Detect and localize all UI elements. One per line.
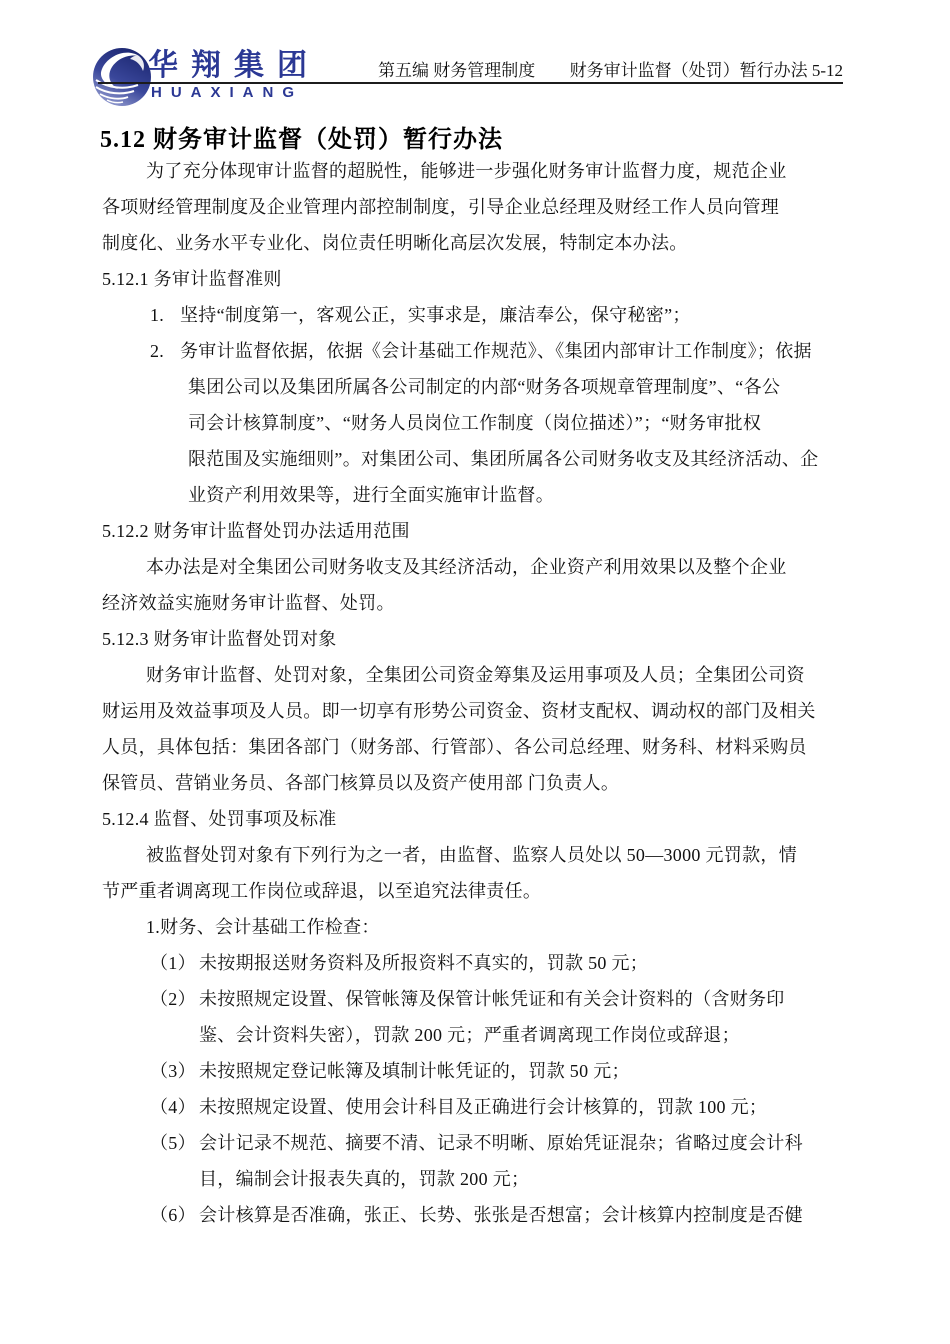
list-marker: 1. bbox=[150, 297, 180, 333]
document-line: （3）未按照规定登记帐簿及填制计帐凭证的，罚款 50 元； bbox=[102, 1053, 843, 1089]
line-text: 鉴、会计资料失密），罚款 200 元；严重者调离现工作岗位或辞退； bbox=[199, 1025, 740, 1045]
document-line: （1）未按期报送财务资料及所报资料不真实的，罚款 50 元； bbox=[102, 945, 843, 981]
document-line: （6）会计核算是否准确，张正、长势、张张是否想富；会计核算内控制度是否健 bbox=[102, 1197, 843, 1233]
document-line: 5.12.4 监督、处罚事项及标准 bbox=[102, 801, 843, 837]
document-line: 鉴、会计资料失密），罚款 200 元；严重者调离现工作岗位或辞退； bbox=[102, 1017, 843, 1053]
line-text: 5.12.3 财务审计监督处罚对象 bbox=[102, 629, 337, 649]
line-text: 1.财务、会计基础工作检查： bbox=[146, 917, 380, 937]
document-line: 目，编制会计报表失真的，罚款 200 元； bbox=[102, 1161, 843, 1197]
document-line: 财运用及效益事项及人员。即一切享有形势公司资金、资材支配权、调动权的部门及相关 bbox=[102, 693, 843, 729]
document-line: 制度化、业务水平专业化、岗位责任明晰化高层次发展，特制定本办法。 bbox=[102, 225, 843, 261]
line-text: 会计核算是否准确，张正、长势、张张是否想富；会计核算内控制度是否健 bbox=[199, 1205, 803, 1225]
logo-company-name-latin: HUAXIANG bbox=[151, 84, 303, 101]
document-line: 保管员、营销业务员、各部门核算员以及资产使用部 门负责人。 bbox=[102, 765, 843, 801]
huaxiang-globe-logo-icon bbox=[92, 47, 152, 107]
line-text: 务审计监督依据，依据《会计基础工作规范》、《集团内部审计工作制度》；依据 bbox=[180, 341, 812, 361]
line-text: 集团公司以及集团所属各公司制定的内部“财务各项规章管理制度”、“各公 bbox=[188, 377, 780, 397]
document-line: 人员，具体包括：集团各部门（财务部、行管部）、各公司总经理、财务科、材料采购员 bbox=[102, 729, 843, 765]
line-text: 司会计核算制度”、“财务人员岗位工作制度（岗位描述）”；“财务审批权 bbox=[188, 413, 761, 433]
line-text: 业资产利用效果等，进行全面实施审计监督。 bbox=[188, 485, 554, 505]
header-section-label: 第五编 财务管理制度 bbox=[378, 61, 535, 81]
document-line: 各项财经管理制度及企业管理内部控制制度，引导企业总经理及财经工作人员向管理 bbox=[102, 189, 843, 225]
document-line: 2.务审计监督依据，依据《会计基础工作规范》、《集团内部审计工作制度》；依据 bbox=[102, 333, 843, 369]
line-text: 被监督处罚对象有下列行为之一者，由监督、监察人员处以 50—3000 元罚款，情 bbox=[146, 845, 797, 865]
list-marker: （3） bbox=[150, 1053, 199, 1089]
document-line: 被监督处罚对象有下列行为之一者，由监督、监察人员处以 50—3000 元罚款，情 bbox=[102, 837, 843, 873]
line-text: 5.12.2 财务审计监督处罚办法适用范围 bbox=[102, 521, 410, 541]
logo-company-name: 华翔集团 bbox=[148, 50, 320, 82]
line-text: 会计记录不规范、摘要不清、记录不明晰、原始凭证混杂；省略过度会计科 bbox=[199, 1133, 803, 1153]
document-line: 限范围及实施细则”。对集团公司、集团所属各公司财务收支及其经济活动、企 bbox=[102, 441, 843, 477]
document-page: 华翔集团 HUAXIANG 第五编 财务管理制度 财务审计监督（处罚）暂行办法 … bbox=[0, 0, 950, 1344]
line-text: 未按照规定登记帐簿及填制计帐凭证的，罚款 50 元； bbox=[199, 1061, 630, 1081]
list-marker: （2） bbox=[150, 981, 199, 1017]
line-text: 各项财经管理制度及企业管理内部控制制度，引导企业总经理及财经工作人员向管理 bbox=[102, 197, 779, 217]
line-text: 为了充分体现审计监督的超脱性，能够进一步强化财务审计监督力度，规范企业 bbox=[146, 161, 787, 181]
line-text: 制度化、业务水平专业化、岗位责任明晰化高层次发展，特制定本办法。 bbox=[102, 233, 688, 253]
line-text: 坚持“制度第一，客观公正，实事求是，廉洁奉公，保守秘密”； bbox=[180, 305, 691, 325]
document-line: 经济效益实施财务审计监督、处罚。 bbox=[102, 585, 843, 621]
document-line: （4）未按照规定设置、使用会计科目及正确进行会计核算的，罚款 100 元； bbox=[102, 1089, 843, 1125]
line-text: 人员，具体包括：集团各部门（财务部、行管部）、各公司总经理、财务科、材料采购员 bbox=[102, 737, 807, 757]
document-line: 集团公司以及集团所属各公司制定的内部“财务各项规章管理制度”、“各公 bbox=[102, 369, 843, 405]
list-marker: （5） bbox=[150, 1125, 199, 1161]
line-text: 5.12.1 务审计监督准则 bbox=[102, 269, 282, 289]
document-line: 5.12.3 财务审计监督处罚对象 bbox=[102, 621, 843, 657]
list-marker: （1） bbox=[150, 945, 199, 981]
document-line: 1.财务、会计基础工作检查： bbox=[102, 909, 843, 945]
line-text: 目，编制会计报表失真的，罚款 200 元； bbox=[199, 1169, 529, 1189]
line-text: 5.12.4 监督、处罚事项及标准 bbox=[102, 809, 337, 829]
document-body: 为了充分体现审计监督的超脱性，能够进一步强化财务审计监督力度，规范企业各项财经管… bbox=[102, 153, 843, 1233]
header-doc-reference: 财务审计监督（处罚）暂行办法 5-12 bbox=[570, 61, 843, 81]
document-line: 1.坚持“制度第一，客观公正，实事求是，廉洁奉公，保守秘密”； bbox=[102, 297, 843, 333]
document-line: 节严重者调离现工作岗位或辞退，以至追究法律责任。 bbox=[102, 873, 843, 909]
line-text: 未按期报送财务资料及所报资料不真实的，罚款 50 元； bbox=[199, 953, 648, 973]
document-line: （5）会计记录不规范、摘要不清、记录不明晰、原始凭证混杂；省略过度会计科 bbox=[102, 1125, 843, 1161]
list-marker: （4） bbox=[150, 1089, 199, 1125]
line-text: 经济效益实施财务审计监督、处罚。 bbox=[102, 593, 395, 613]
line-text: 保管员、营销业务员、各部门核算员以及资产使用部 门负责人。 bbox=[102, 773, 619, 793]
line-text: 限范围及实施细则”。对集团公司、集团所属各公司财务收支及其经济活动、企 bbox=[188, 449, 819, 469]
header-divider-rule bbox=[98, 82, 843, 84]
document-line: 财务审计监督、处罚对象，全集团公司资金筹集及运用事项及人员；全集团公司资 bbox=[102, 657, 843, 693]
line-text: 未按照规定设置、保管帐簿及保管计帐凭证和有关会计资料的（含财务印 bbox=[199, 989, 785, 1009]
line-text: 节严重者调离现工作岗位或辞退，以至追究法律责任。 bbox=[102, 881, 541, 901]
document-line: 为了充分体现审计监督的超脱性，能够进一步强化财务审计监督力度，规范企业 bbox=[102, 153, 843, 189]
document-line: 本办法是对全集团公司财务收支及其经济活动，企业资产利用效果以及整个企业 bbox=[102, 549, 843, 585]
document-title: 5.12 财务审计监督（处罚）暂行办法 bbox=[100, 119, 503, 154]
list-marker: （6） bbox=[150, 1197, 199, 1233]
line-text: 财运用及效益事项及人员。即一切享有形势公司资金、资材支配权、调动权的部门及相关 bbox=[102, 701, 816, 721]
line-text: 未按照规定设置、使用会计科目及正确进行会计核算的，罚款 100 元； bbox=[199, 1097, 767, 1117]
document-line: （2）未按照规定设置、保管帐簿及保管计帐凭证和有关会计资料的（含财务印 bbox=[102, 981, 843, 1017]
line-text: 财务审计监督、处罚对象，全集团公司资金筹集及运用事项及人员；全集团公司资 bbox=[146, 665, 805, 685]
document-line: 5.12.1 务审计监督准则 bbox=[102, 261, 843, 297]
line-text: 本办法是对全集团公司财务收支及其经济活动，企业资产利用效果以及整个企业 bbox=[146, 557, 787, 577]
document-line: 司会计核算制度”、“财务人员岗位工作制度（岗位描述）”；“财务审批权 bbox=[102, 405, 843, 441]
document-line: 业资产利用效果等，进行全面实施审计监督。 bbox=[102, 477, 843, 513]
document-line: 5.12.2 财务审计监督处罚办法适用范围 bbox=[102, 513, 843, 549]
list-marker: 2. bbox=[150, 333, 180, 369]
